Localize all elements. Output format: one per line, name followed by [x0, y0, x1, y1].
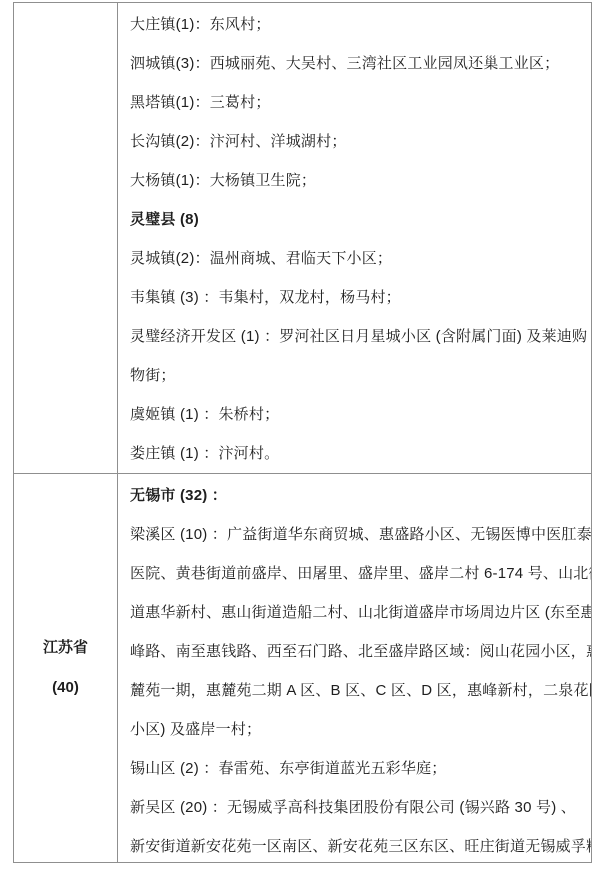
area-detail-line: 新吴区 (20) ：无锡威孚高科技集团股份有限公司 (锡兴路 30 号) 、 — [130, 788, 587, 827]
area-detail-line: 虞姬镇 (1) ：朱桥村； — [130, 395, 587, 434]
province-table: 大庄镇(1)：东风村；泗城镇(3)：西城丽苑、大吴村、三湾社区工业园凤还巢工业区… — [13, 2, 592, 863]
province-label: 江苏省 — [43, 628, 88, 668]
area-detail-line: 物街； — [130, 356, 587, 395]
area-detail-line: 新安街道新安花苑一区南区、新安花苑三区东区、旺庄街道无锡威孚精 — [130, 827, 587, 862]
area-detail-line: 麓苑一期，惠麓苑二期 A 区、B 区、C 区、D 区，惠峰新村，二泉花园 — [130, 671, 587, 710]
area-detail-line: 大庄镇(1)：东风村； — [130, 5, 587, 44]
area-heading-line: 灵璧县 (8) — [130, 200, 587, 239]
area-detail-line: 泗城镇(3)：西城丽苑、大吴村、三湾社区工业园凤还巢工业区； — [130, 44, 587, 83]
area-detail-line: 梁溪区 (10) ：广益街道华东商贸城、惠盛路小区、无锡医博中医肛泰 — [130, 515, 587, 554]
area-detail-line: 韦集镇 (3) ：韦集村，双龙村，杨马村； — [130, 278, 587, 317]
content-cell: 无锡市 (32) ：梁溪区 (10) ：广益街道华东商贸城、惠盛路小区、无锡医博… — [118, 474, 591, 862]
area-heading-line: 无锡市 (32) ： — [130, 476, 587, 515]
content-cell: 大庄镇(1)：东风村；泗城镇(3)：西城丽苑、大吴村、三湾社区工业园凤还巢工业区… — [118, 3, 591, 473]
table-row: 大庄镇(1)：东风村；泗城镇(3)：西城丽苑、大吴村、三湾社区工业园凤还巢工业区… — [14, 3, 591, 473]
area-detail-line: 峰路、南至惠钱路、西至石门路、北至盛岸路区域：阅山花园小区，惠 — [130, 632, 587, 671]
area-detail-line: 医院、黄巷街道前盛岸、田屠里、盛岸里、盛岸二村 6-174 号、山北街 — [130, 554, 587, 593]
area-detail-line: 道惠华新村、惠山街道造船二村、山北街道盛岸市场周边片区 (东至惠 — [130, 593, 587, 632]
document-page: 大庄镇(1)：东风村；泗城镇(3)：西城丽苑、大吴村、三湾社区工业园凤还巢工业区… — [0, 0, 604, 878]
province-cell: 江苏省(40) — [14, 474, 118, 862]
area-detail-line: 娄庄镇 (1) ：汴河村。 — [130, 434, 587, 473]
area-detail-line: 锡山区 (2) ：春雷苑、东亭街道蓝光五彩华庭； — [130, 749, 587, 788]
table-row: 江苏省(40) 无锡市 (32) ：梁溪区 (10) ：广益街道华东商贸城、惠盛… — [14, 473, 591, 862]
area-detail-line: 长沟镇(2)：汴河村、洋城湖村； — [130, 122, 587, 161]
area-detail-line: 灵城镇(2)：温州商城、君临天下小区； — [130, 239, 587, 278]
area-detail-line: 灵璧经济开发区 (1) ：罗河社区日月星城小区 (含附属门面) 及莱迪购 — [130, 317, 587, 356]
area-detail-line: 小区) 及盛岸一村； — [130, 710, 587, 749]
province-label: (40) — [52, 668, 79, 708]
area-detail-line: 大杨镇(1)：大杨镇卫生院； — [130, 161, 587, 200]
area-detail-line: 黑塔镇(1)：三葛村； — [130, 83, 587, 122]
province-cell — [14, 3, 118, 473]
